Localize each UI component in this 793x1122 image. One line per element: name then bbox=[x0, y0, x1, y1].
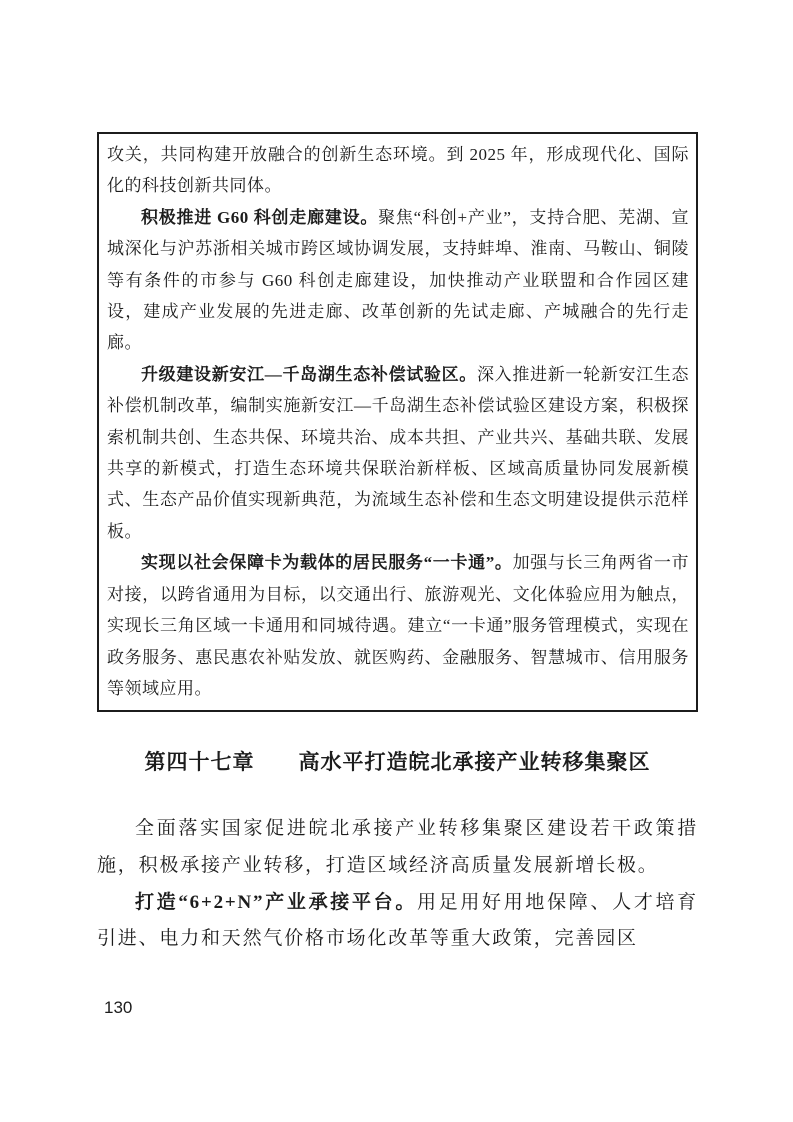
paragraph-text: 聚焦“科创+产业”，支持合肥、芜湖、宣城深化与沪苏浙相关城市跨区域协调发展，支持… bbox=[107, 208, 689, 353]
paragraph-lead: 升级建设新安江—千岛湖生态补偿试验区。 bbox=[141, 365, 477, 384]
boxed-text-block: 攻关，共同构建开放融合的创新生态环境。到 2025 年，形成现代化、国际化的科技… bbox=[97, 132, 698, 712]
paragraph-lead: 实现以社会保障卡为载体的居民服务“一卡通”。 bbox=[141, 553, 513, 572]
boxed-paragraph-3: 升级建设新安江—千岛湖生态补偿试验区。深入推进新一轮新安江生态补偿机制改革，编制… bbox=[107, 359, 689, 547]
paragraph-text: 全面落实国家促进皖北承接产业转移集聚区建设若干政策措施，积极承接产业转移，打造区… bbox=[97, 818, 698, 876]
paragraph-text: 攻关，共同构建开放融合的创新生态环境。到 2025 年，形成现代化、国际化的科技… bbox=[107, 145, 689, 195]
paragraph-lead: 打造“6+2+N”产业承接平台。 bbox=[135, 892, 417, 913]
boxed-paragraph-2: 积极推进 G60 科创走廊建设。聚焦“科创+产业”，支持合肥、芜湖、宣城深化与沪… bbox=[107, 202, 689, 359]
document-page: 攻关，共同构建开放融合的创新生态环境。到 2025 年，形成现代化、国际化的科技… bbox=[0, 0, 793, 1122]
chapter-heading: 第四十七章 高水平打造皖北承接产业转移集聚区 bbox=[97, 748, 698, 778]
body-paragraph-2: 打造“6+2+N”产业承接平台。用足用好用地保障、人才培育引进、电力和天然气价格… bbox=[97, 885, 698, 959]
paragraph-text: 深入推进新一轮新安江生态补偿机制改革，编制实施新安江—千岛湖生态补偿试验区建设方… bbox=[107, 365, 689, 541]
paragraph-lead: 积极推进 G60 科创走廊建设。 bbox=[141, 208, 378, 227]
boxed-paragraph-4: 实现以社会保障卡为载体的居民服务“一卡通”。加强与长三角两省一市对接，以跨省通用… bbox=[107, 547, 689, 704]
paragraph-text: 加强与长三角两省一市对接，以跨省通用为目标，以交通出行、旅游观光、文化体验应用为… bbox=[107, 553, 689, 698]
body-paragraph-1: 全面落实国家促进皖北承接产业转移集聚区建设若干政策措施，积极承接产业转移，打造区… bbox=[97, 811, 698, 885]
page-number: 130 bbox=[104, 998, 132, 1018]
body-text-block: 全面落实国家促进皖北承接产业转移集聚区建设若干政策措施，积极承接产业转移，打造区… bbox=[97, 811, 698, 958]
boxed-paragraph-1: 攻关，共同构建开放融合的创新生态环境。到 2025 年，形成现代化、国际化的科技… bbox=[107, 139, 689, 202]
